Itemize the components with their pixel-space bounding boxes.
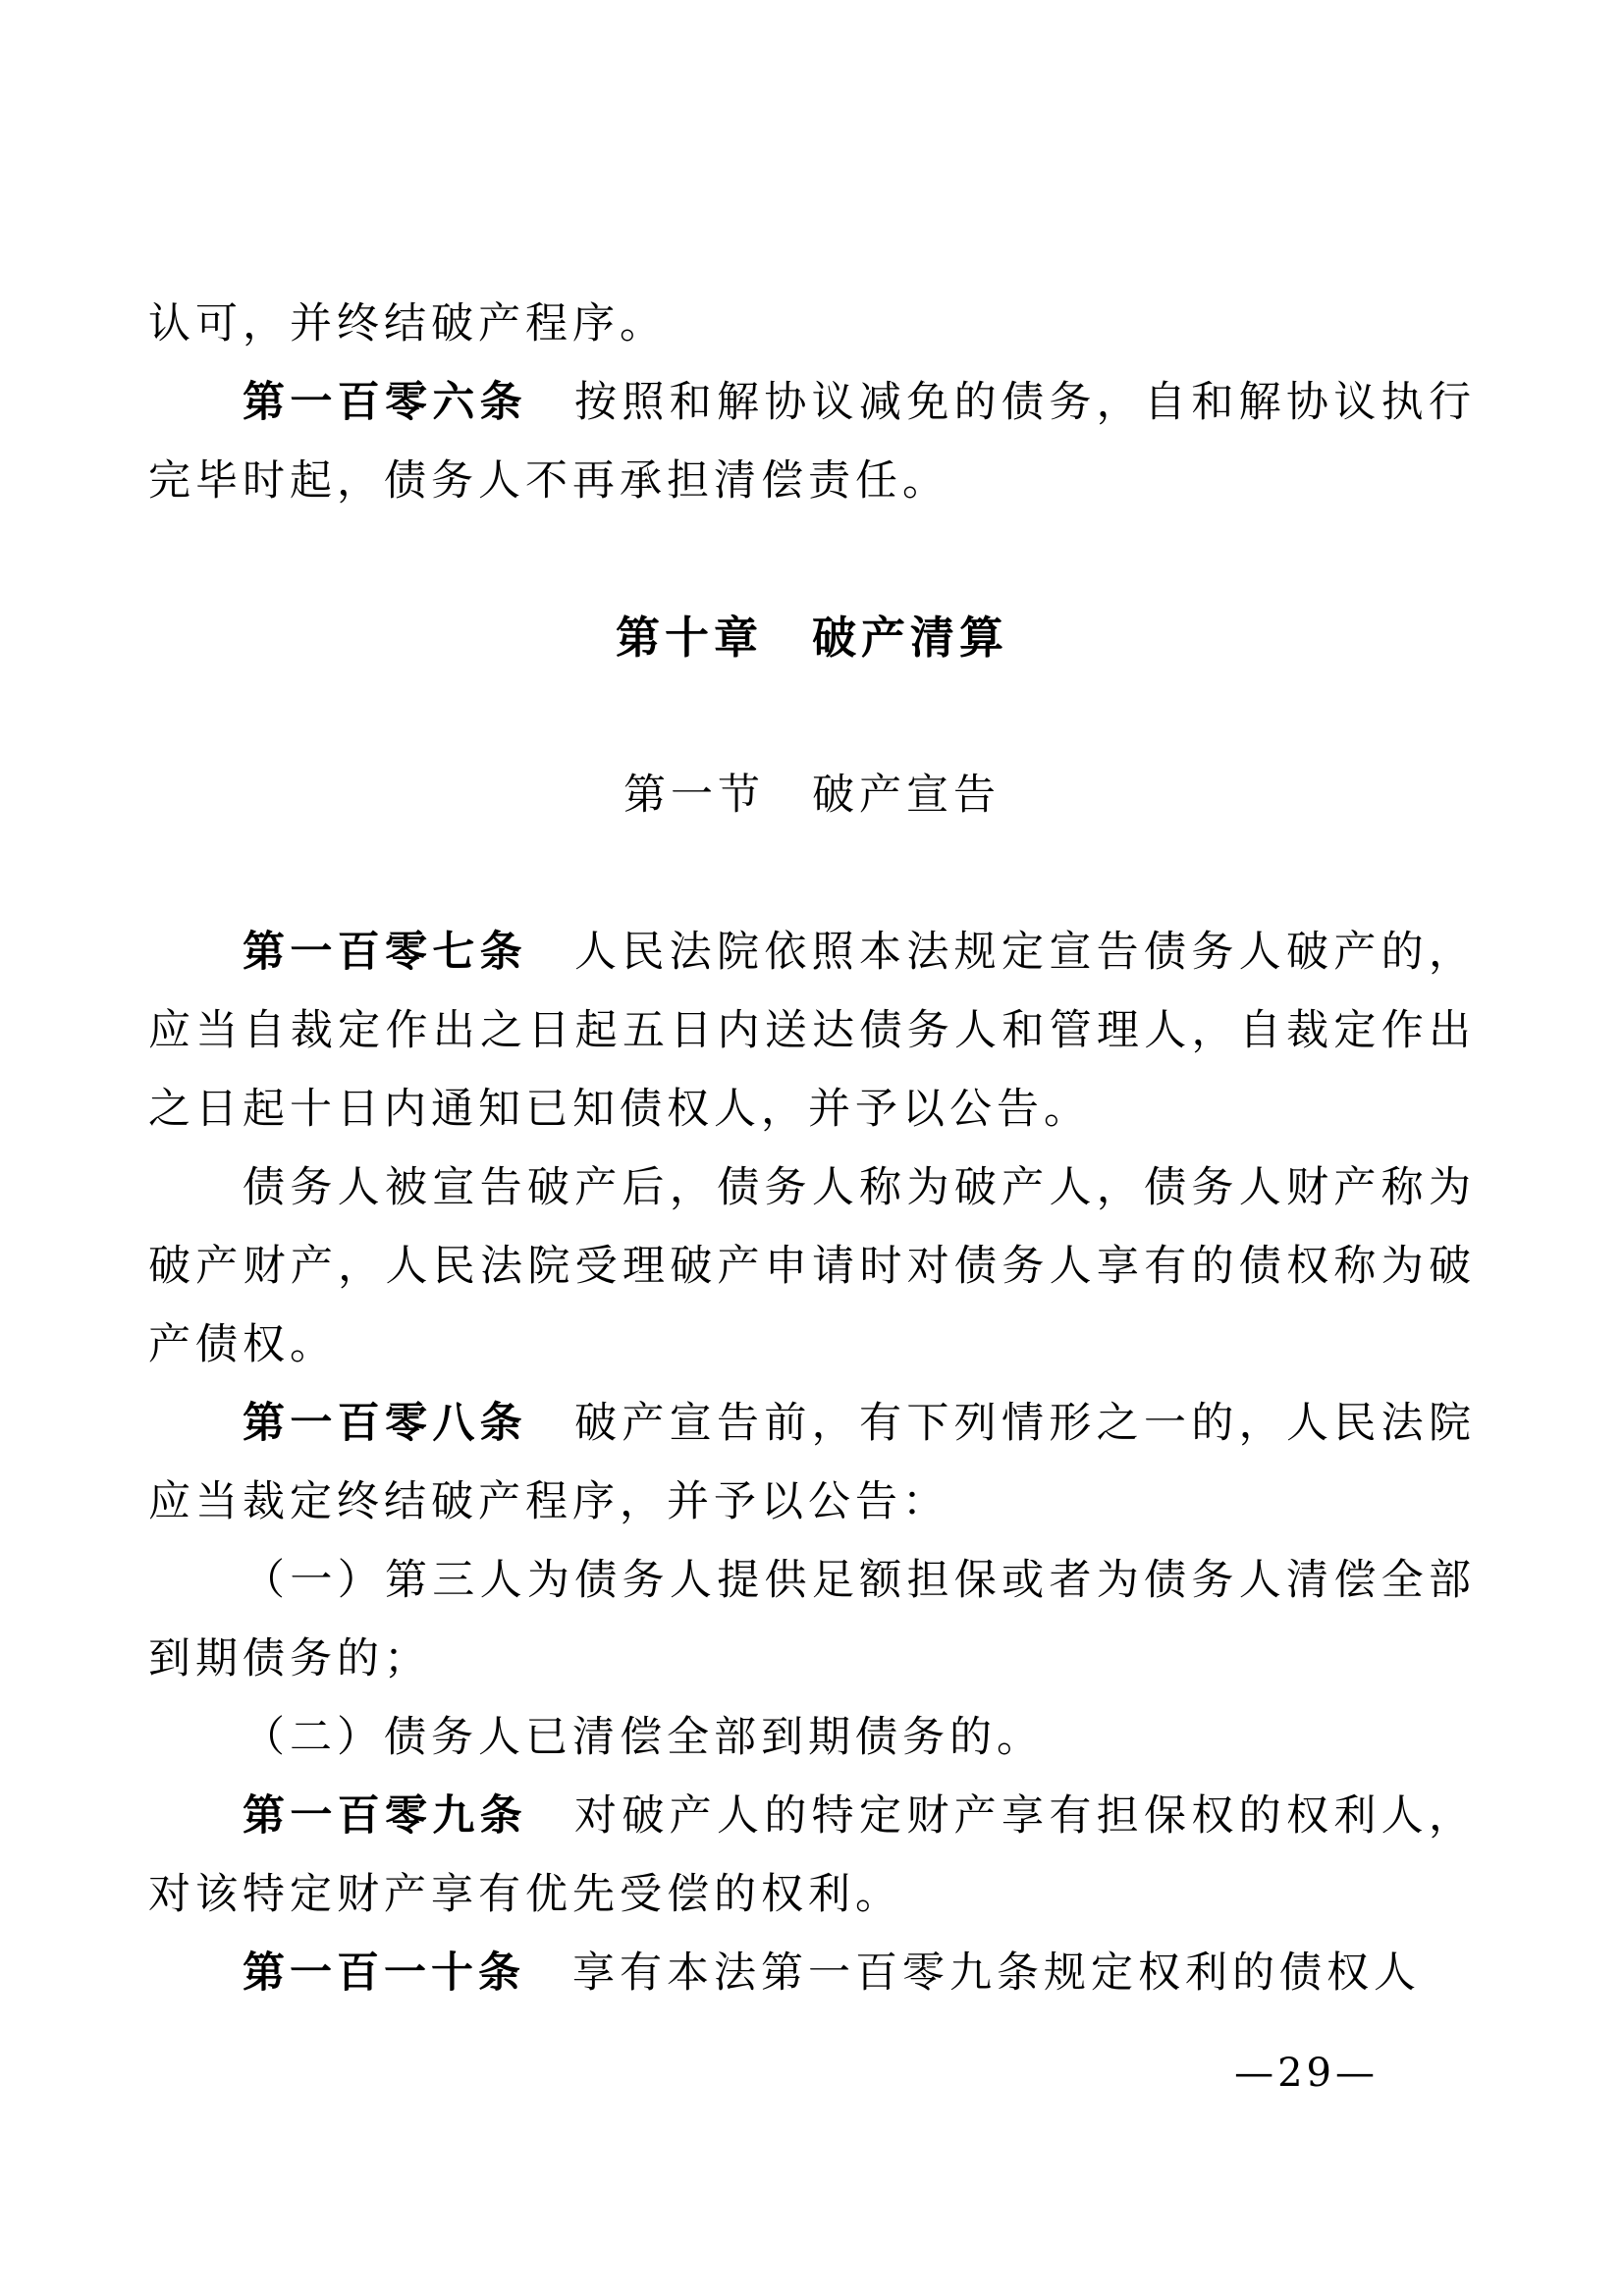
article-106-number: 第一百零六条: [243, 379, 527, 426]
paragraph-article-107: 第一百零七条人民法院依照本法规定宣告债务人破产的，应当自裁定作出之日起五日内送达…: [148, 913, 1476, 1148]
article-110-text: 享有本法第一百零九条规定权利的债权人: [572, 1949, 1421, 1998]
list-item-1: （一）第三人为债务人提供足额担保或者为债务人清偿全部到期债务的；: [148, 1541, 1476, 1698]
section-heading: 第一节 破产宣告: [148, 756, 1476, 834]
article-110-number: 第一百一十条: [243, 1949, 525, 1997]
paragraph-debtor-declared: 债务人被宣告破产后，债务人称为破产人，债务人财产称为破产财产，人民法院受理破产申…: [148, 1148, 1476, 1384]
paragraph-article-108: 第一百零八条破产宣告前，有下列情形之一的，人民法院应当裁定终结破产程序，并予以公…: [148, 1384, 1476, 1541]
chapter-heading: 第十章 破产清算: [148, 599, 1476, 677]
paragraph-article-106: 第一百零六条按照和解协议减免的债务，自和解协议执行完毕时起，债务人不再承担清偿责…: [148, 363, 1476, 520]
article-109-number: 第一百零九条: [243, 1792, 527, 1840]
paragraph-article-109: 第一百零九条对破产人的特定财产享有担保权的权利人，对该特定财产享有优先受偿的权利…: [148, 1777, 1476, 1934]
article-108-number: 第一百零八条: [243, 1400, 527, 1447]
list-item-2: （二）债务人已清偿全部到期债务的。: [148, 1698, 1476, 1777]
document-body: 认可，并终结破产程序。 第一百零六条按照和解协议减免的债务，自和解协议执行完毕时…: [148, 285, 1476, 2012]
article-107-number: 第一百零七条: [243, 929, 527, 976]
page-number: —29—: [1234, 2050, 1379, 2097]
paragraph-article-110: 第一百一十条享有本法第一百零九条规定权利的债权人: [148, 1934, 1476, 2012]
document-page: 认可，并终结破产程序。 第一百零六条按照和解协议减免的债务，自和解协议执行完毕时…: [0, 0, 1624, 2296]
paragraph-continuation: 认可，并终结破产程序。: [148, 285, 1476, 363]
